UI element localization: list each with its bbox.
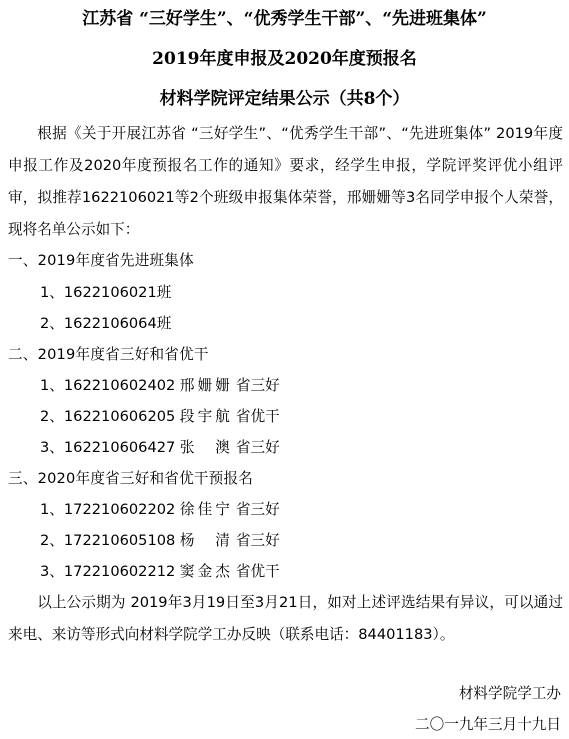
honor-type: 省优干 — [236, 562, 280, 582]
honor-type: 省三好 — [236, 438, 280, 458]
class-id: 1622106021 — [64, 284, 157, 301]
title-line-1: 江苏省 “三好学生”、“优秀学生干部”、“先进班集体” — [0, 8, 569, 30]
honor-type: 省优干 — [236, 407, 280, 427]
student-id: 172210602202 — [64, 500, 168, 520]
honor-type: 省三好 — [236, 500, 280, 520]
student-name: 段宇航 — [180, 407, 230, 427]
list-item: 2、1622106064班 — [40, 314, 171, 334]
item-index: 1、 — [40, 377, 64, 394]
student-id: 162210606205 — [64, 407, 168, 427]
signature-date: 二〇一九年三月十九日 — [415, 715, 561, 735]
item-index: 2、 — [40, 408, 64, 425]
honor-type: 省三好 — [236, 531, 280, 551]
section-heading-3: 三、2020年度省三好和省优干预报名 — [8, 469, 253, 489]
list-item: 3、172210602212窦金杰省优干 — [40, 562, 280, 582]
student-id: 162210602402 — [64, 376, 168, 396]
list-item: 1、1622106021班 — [40, 283, 171, 303]
section-heading-1: 一、2019年度省先进班集体 — [8, 251, 194, 271]
student-name: 邢姗姗 — [180, 376, 230, 396]
item-index: 3、 — [40, 439, 64, 456]
item-index: 2、 — [40, 315, 64, 332]
student-name: 窦金杰 — [180, 562, 230, 582]
list-item: 2、162210606205段宇航省优干 — [40, 407, 280, 427]
item-index: 3、 — [40, 563, 64, 580]
student-id: 162210606427 — [64, 438, 168, 458]
student-name: 张澳 — [180, 438, 230, 458]
student-id: 172210602212 — [64, 562, 168, 582]
closing-paragraph: 以上公示期为 2019年3月19日至3月21日，如对上述评选结果有异议，可以通过… — [8, 587, 563, 651]
item-index: 1、 — [40, 284, 64, 301]
student-id: 172210605108 — [64, 531, 168, 551]
title-line-2: 2019年度申报及2020年度预报名 — [0, 48, 569, 70]
list-item: 3、162210606427张澳省三好 — [40, 438, 280, 458]
student-name: 徐佳宁 — [180, 500, 230, 520]
class-suffix: 班 — [157, 284, 172, 301]
title-line-3: 材料学院评定结果公示（共8个） — [0, 88, 569, 110]
item-index: 1、 — [40, 501, 64, 518]
signature-org: 材料学院学工办 — [459, 684, 561, 704]
intro-paragraph: 根据《关于开展江苏省 “三好学生”、“优秀学生干部”、“先进班集体” 2019年… — [8, 118, 563, 246]
list-item: 1、162210602402邢姗姗省三好 — [40, 376, 280, 396]
section-heading-2: 二、2019年度省三好和省优干 — [8, 345, 209, 365]
list-item: 2、172210605108杨清省三好 — [40, 531, 280, 551]
item-index: 2、 — [40, 532, 64, 549]
student-name: 杨清 — [180, 531, 230, 551]
class-id: 1622106064 — [64, 315, 157, 332]
class-suffix: 班 — [157, 315, 172, 332]
list-item: 1、172210602202徐佳宁省三好 — [40, 500, 280, 520]
honor-type: 省三好 — [236, 376, 280, 396]
